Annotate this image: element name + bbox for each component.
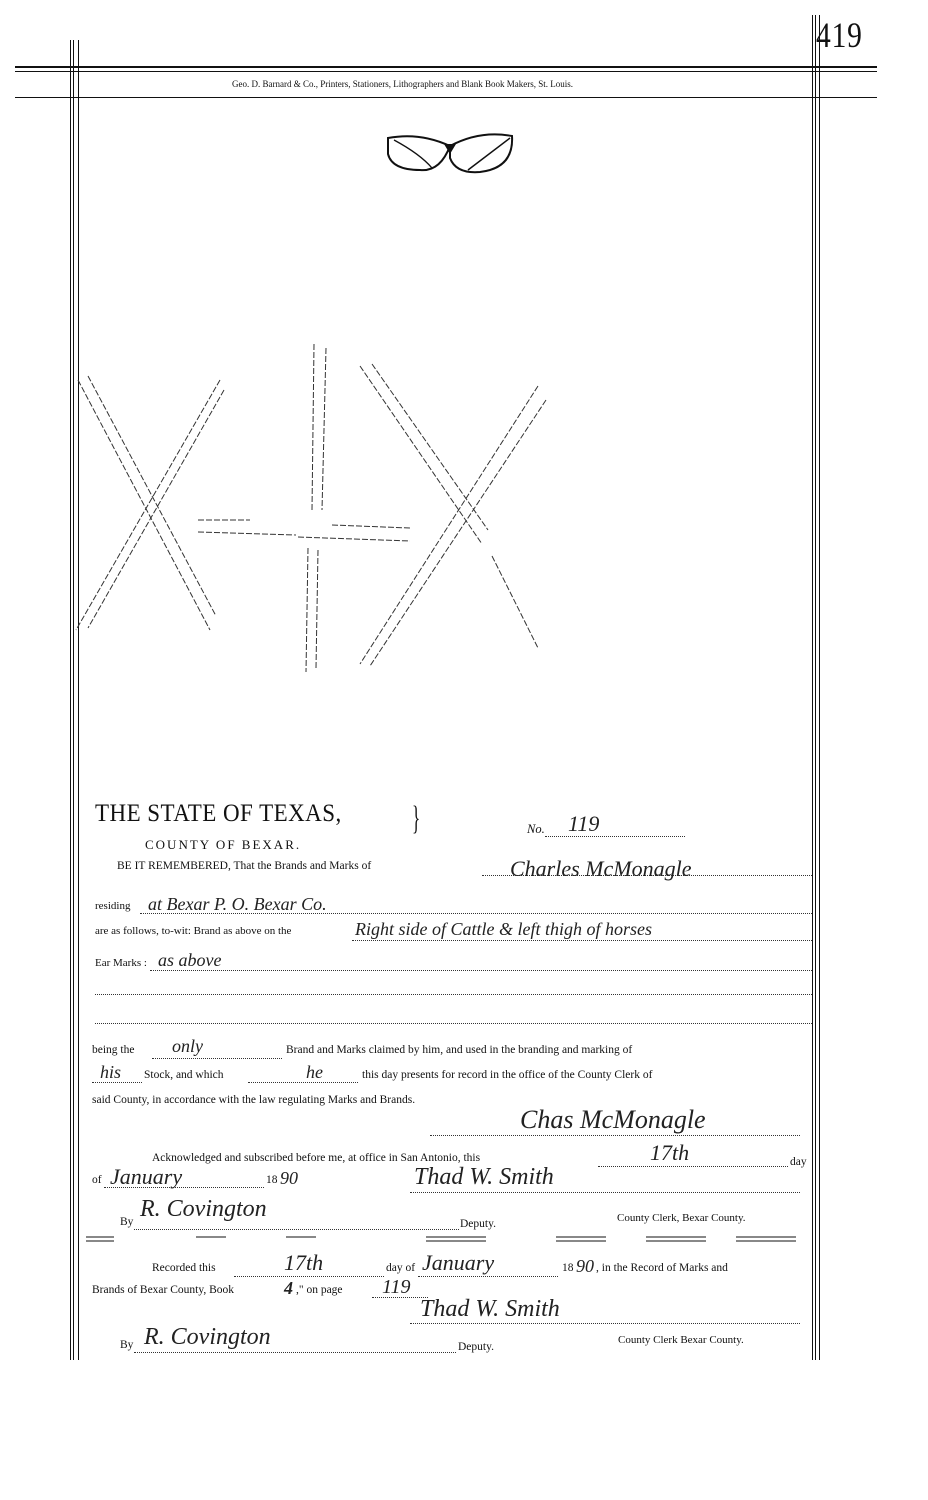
rec-deputy-label: Deputy. <box>458 1341 494 1353</box>
ear-marks-dots <box>150 970 812 971</box>
stock-which-label: Stock, and which <box>144 1069 224 1081</box>
ack-year-value: 90 <box>280 1168 298 1189</box>
recorded-label: Recorded this <box>152 1262 216 1274</box>
owner-signature-dots <box>430 1135 800 1136</box>
ear-marks-value: as above <box>158 950 221 971</box>
ack-deputy-dots <box>134 1229 459 1230</box>
header-rule-3 <box>15 97 877 98</box>
rec-day-value: 17th <box>284 1250 323 1276</box>
rec-by-label: By <box>120 1339 133 1351</box>
rec-month-dots <box>418 1276 558 1277</box>
ornament-icon <box>380 128 520 182</box>
left-margin-rule-inner2 <box>78 40 79 1360</box>
ear-marks-label: Ear Marks : <box>95 957 147 969</box>
acknowledgment-text: Acknowledged and subscribed before me, a… <box>152 1152 480 1164</box>
section-separator <box>86 1234 796 1246</box>
ack-day-value: 17th <box>650 1140 689 1166</box>
rec-month-value: January <box>422 1250 494 1276</box>
ack-of-label: of <box>92 1174 102 1186</box>
ack-clerk-dots <box>410 1192 800 1193</box>
rec-year-value: 90 <box>576 1256 594 1277</box>
rec-record-text: , in the Record of Marks and <box>596 1262 728 1274</box>
follows-label: are as follows, to-wit: Brand as above o… <box>95 925 291 937</box>
rec-brands-text: Brands of Bexar County, Book <box>92 1284 234 1296</box>
ack-deputy-label: Deputy. <box>460 1218 496 1230</box>
stock-owner-value: his <box>100 1062 121 1083</box>
header-rule-2 <box>15 71 877 72</box>
rec-clerk-signature: Thad W. Smith <box>420 1296 560 1323</box>
blank-line-1 <box>95 994 812 995</box>
brand-x-left-icon <box>76 376 224 630</box>
brand-drawing <box>60 330 880 700</box>
ack-month-value: January <box>110 1164 182 1190</box>
left-margin-rule-inner <box>73 40 74 1360</box>
ack-year-prefix: 18 <box>266 1174 278 1186</box>
rec-on-page-label: ," on page <box>296 1284 343 1296</box>
residing-label: residing <box>95 900 130 912</box>
said-county-text: said County, in accordance with the law … <box>92 1094 415 1106</box>
state-title: THE STATE OF TEXAS, <box>95 800 342 828</box>
ack-clerk-title: County Clerk, Bexar County. <box>617 1212 746 1224</box>
ack-clerk-signature: Thad W. Smith <box>414 1164 554 1191</box>
page-number: 419 <box>816 14 863 56</box>
record-number: 119 <box>568 811 599 837</box>
claimed-text: Brand and Marks claimed by him, and used… <box>286 1044 632 1056</box>
blank-line-2 <box>95 1023 812 1024</box>
title-brace: } <box>412 800 420 838</box>
residence-value: at Bexar P. O. Bexar Co. <box>148 894 327 915</box>
ack-day-label: day <box>790 1156 807 1168</box>
being-the-dots <box>152 1058 282 1059</box>
header-rule-1 <box>15 66 877 68</box>
left-margin-rule <box>70 40 71 1360</box>
being-the-label: being the <box>92 1044 134 1056</box>
owner-name: Charles McMonagle <box>510 856 691 882</box>
rec-deputy-dots <box>134 1352 456 1353</box>
rec-deputy-signature: R. Covington <box>144 1324 271 1351</box>
brand-location-dots <box>352 940 812 941</box>
rec-year-prefix: 18 <box>562 1262 574 1274</box>
county-title: COUNTY OF BEXAR. <box>145 837 301 853</box>
ack-by-label: By <box>120 1216 133 1228</box>
rec-page-value: 119 <box>382 1276 411 1299</box>
rec-clerk-dots <box>410 1323 800 1324</box>
number-dots <box>545 836 685 837</box>
be-it-remembered-text: BE IT REMEMBERED, That the Brands and Ma… <box>117 860 371 872</box>
ack-day-dots <box>598 1166 788 1167</box>
presents-text: this day presents for record in the offi… <box>362 1069 652 1081</box>
brand-location-value: Right side of Cattle & left thigh of hor… <box>355 919 652 940</box>
ack-deputy-signature: R. Covington <box>140 1196 267 1223</box>
number-label: No. <box>527 822 545 837</box>
rec-book-value: 4 <box>284 1278 293 1299</box>
brand-x-right-icon <box>360 364 546 666</box>
presenter-dots <box>248 1082 358 1083</box>
printer-imprint: Geo. D. Barnard & Co., Printers, Station… <box>232 79 573 89</box>
rec-day-of-label: day of <box>386 1262 415 1274</box>
presenter-value: he <box>306 1062 323 1083</box>
owner-signature: Chas McMonagle <box>520 1105 706 1135</box>
rec-day-dots <box>234 1276 384 1277</box>
rec-clerk-title: County Clerk Bexar County. <box>618 1334 744 1346</box>
being-the-value: only <box>172 1036 203 1057</box>
